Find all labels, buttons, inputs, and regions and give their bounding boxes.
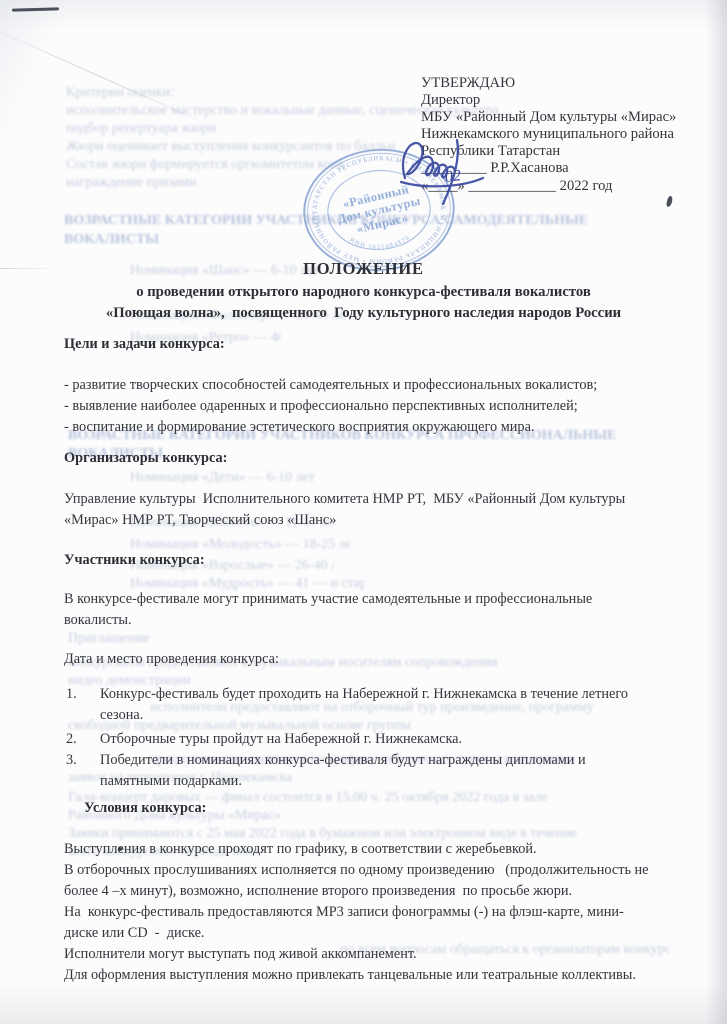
bleedthrough-line: Номинация «Дети» — 6-10 лет bbox=[130, 471, 320, 485]
participants-text: В конкурсе-фестивале могут принимать уча… bbox=[64, 592, 592, 606]
bleedthrough-line: Приглашение bbox=[68, 632, 178, 646]
ink-mark bbox=[665, 195, 673, 207]
bleedthrough-line: подбор репертуара жюри bbox=[66, 122, 216, 136]
bleedthrough-line: Критерии оценки: bbox=[66, 86, 226, 100]
conditions-text: Исполнители могут выступать под живой ак… bbox=[64, 947, 417, 961]
conditions-text: более 4 –х минут), возможно, исполнение … bbox=[64, 884, 572, 898]
organizers-text: «Мирас» НМР РТ, Творческий союз «Шанс» bbox=[64, 513, 336, 527]
bleedthrough-line: исполнители предоставляют на отборочный … bbox=[150, 701, 630, 715]
approval-line: УТВЕРЖДАЮ bbox=[421, 76, 515, 91]
signature-icon bbox=[393, 134, 517, 210]
list-number: 1. bbox=[66, 687, 77, 701]
document-title: ПОЛОЖЕНИЕ bbox=[0, 261, 727, 278]
ink-mark bbox=[12, 7, 59, 11]
scanned-document-page: Критерии оценки:исполнительское мастерст… bbox=[0, 0, 727, 1024]
list-item: Конкурс-фестиваль будет проходить на Наб… bbox=[100, 687, 628, 701]
goals-item: - воспитание и формирование эстетическог… bbox=[64, 420, 535, 434]
section-heading-goals: Цели и задачи конкурса: bbox=[64, 337, 225, 351]
bleedthrough-line: награждение призами bbox=[66, 176, 216, 190]
bleedthrough-line: Номинация «Мудрость» — 41 — и старше bbox=[130, 577, 365, 591]
section-heading-organizers: Организаторы конкурса: bbox=[64, 451, 227, 465]
bleedthrough-line: Номинация «Молодость» — 18-25 лет bbox=[130, 538, 350, 552]
approval-line: Директор bbox=[421, 93, 480, 108]
list-item: Победители в номинациях конкурса-фестива… bbox=[100, 753, 586, 767]
bleedthrough-line: ВОКАЛИСТЫ bbox=[64, 233, 184, 247]
section-heading-date-place: Дата и место проведения конкурса: bbox=[64, 652, 279, 666]
list-item: Отборочные туры пройдут на Набережной г.… bbox=[100, 732, 462, 746]
organizers-text: Управление культуры Исполнительного коми… bbox=[64, 492, 625, 506]
document-subtitle: «Поющая волна», посвященного Году культу… bbox=[0, 306, 727, 321]
approval-line: МБУ «Районный Дом культуры «Мирас» bbox=[421, 110, 676, 125]
participants-text: вокалисты. bbox=[64, 613, 132, 627]
goals-item: - выявление наиболее одаренных и професс… bbox=[64, 399, 578, 413]
conditions-text: Выступления в конкурсе проходят по графи… bbox=[64, 842, 537, 856]
list-item: сезона. bbox=[100, 708, 143, 722]
list-item: памятными подарками. bbox=[100, 774, 242, 788]
goals-item: - развитие творческих способностей самод… bbox=[64, 378, 597, 392]
bleedthrough-line: Заявки принимаются с 25 мая 2022 года в … bbox=[68, 827, 628, 841]
list-number: 2. bbox=[66, 732, 77, 746]
conditions-text: В отборочных прослушиваниях исполняется … bbox=[64, 863, 649, 877]
list-number: 3. bbox=[66, 753, 77, 767]
conditions-text: Для оформления выступления можно привлек… bbox=[64, 968, 636, 982]
document-subtitle: о проведении открытого народного конкурс… bbox=[0, 285, 727, 300]
section-heading-participants: Участники конкурса: bbox=[64, 553, 205, 567]
section-heading-conditions: Условия конкурса: bbox=[84, 801, 206, 815]
conditions-text: диске или CD - диске. bbox=[64, 926, 205, 940]
conditions-text: На конкурс-фестиваль предоставляются МР3… bbox=[64, 905, 624, 919]
